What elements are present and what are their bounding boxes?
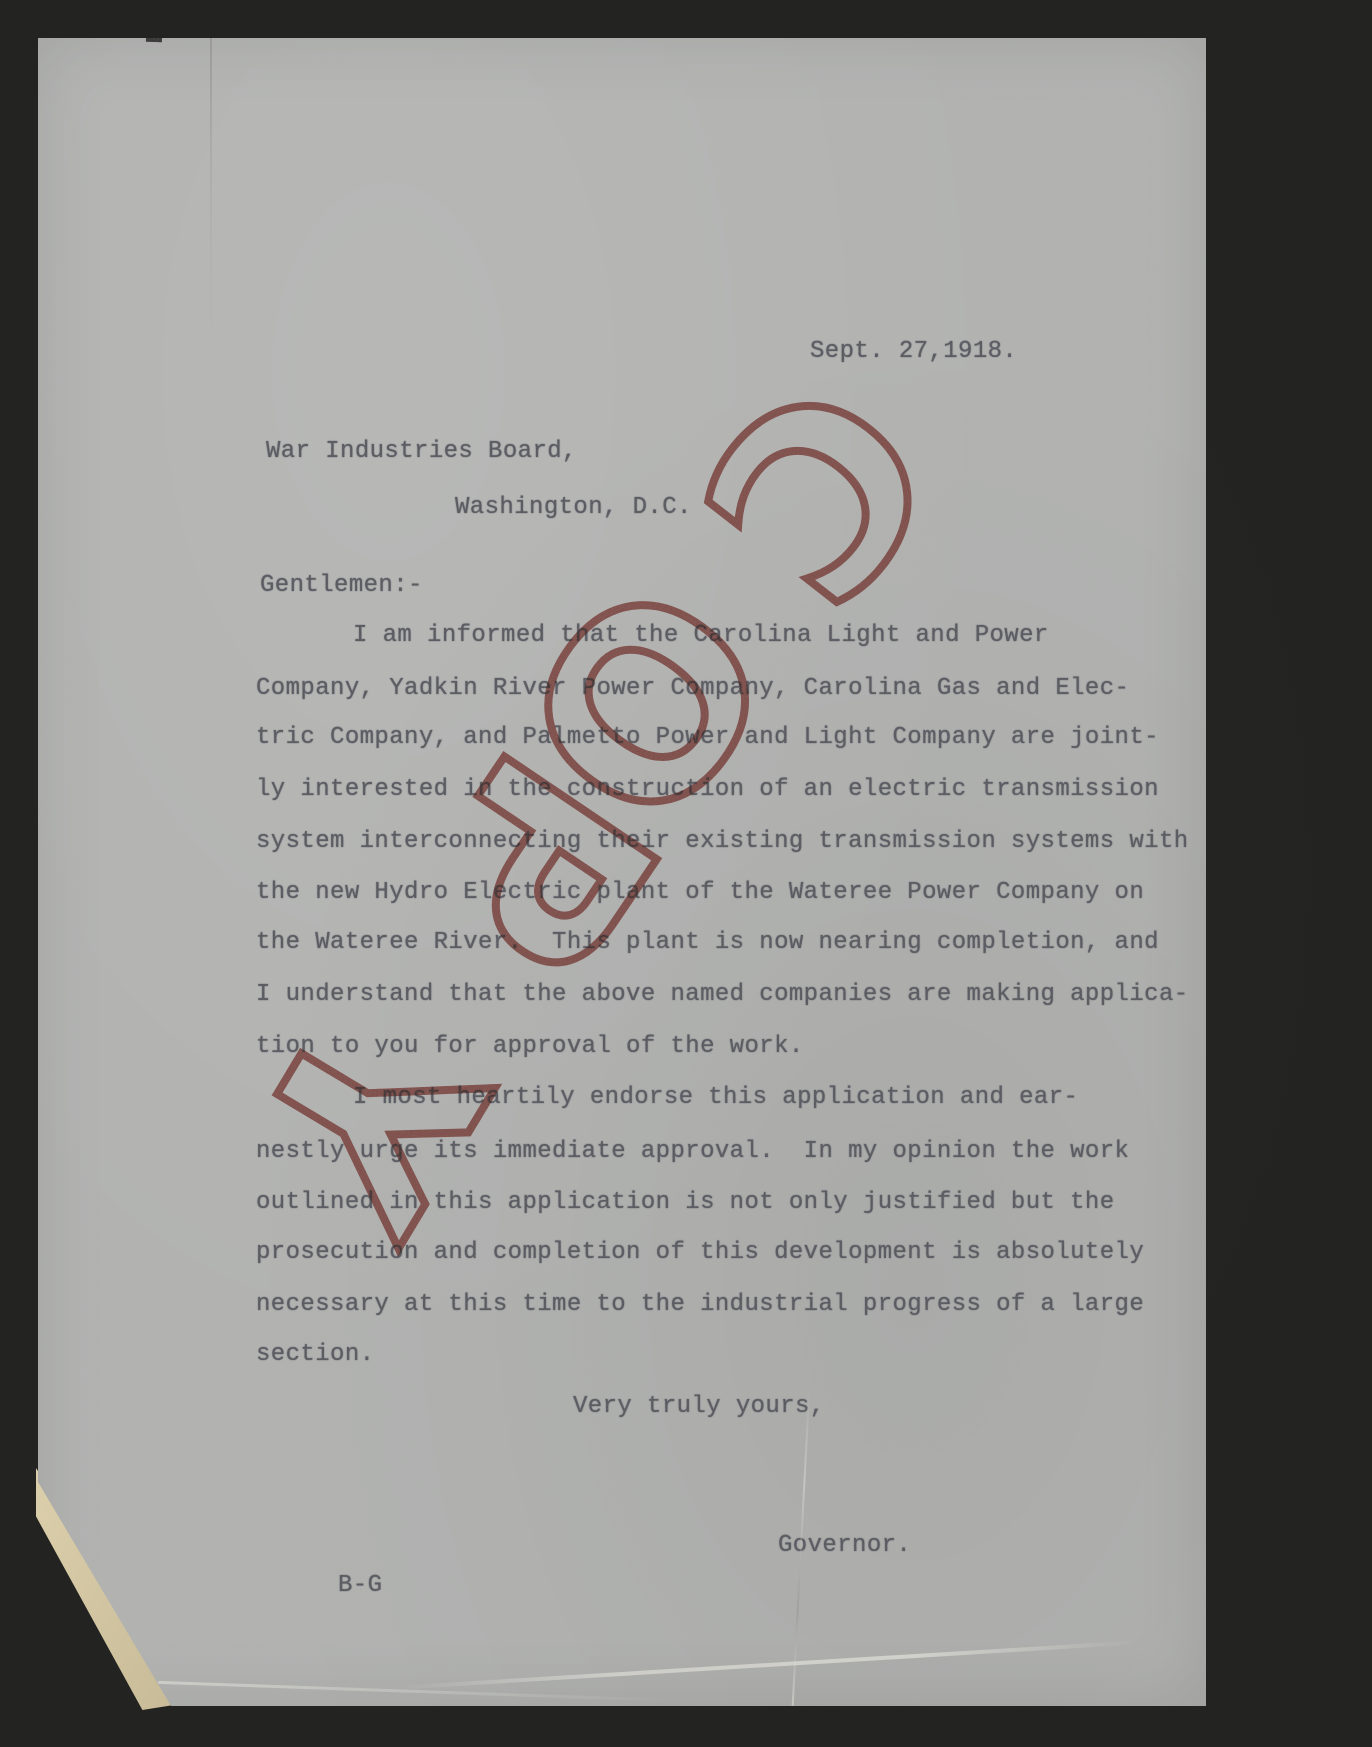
paper-edge-nick: [146, 36, 162, 43]
letter-paper: Sept. 27,1918. War Industries Board, Was…: [38, 38, 1206, 1706]
salutation: Gentlemen:-: [260, 572, 423, 599]
crease-vertical-top: [210, 38, 212, 358]
crease-diagonal-bottom: [399, 1640, 1138, 1689]
body-line: necessary at this time to the industrial…: [256, 1291, 1144, 1318]
body-line: I understand that the above named compan…: [256, 981, 1189, 1008]
body-line: the Wateree River. This plant is now nea…: [256, 929, 1159, 956]
signature-title: Governor.: [778, 1532, 911, 1559]
typist-initials: B-G: [338, 1572, 382, 1599]
recipient-city: Washington, D.C.: [455, 494, 692, 521]
scanned-letter-page: Sept. 27,1918. War Industries Board, Was…: [0, 0, 1372, 1747]
letter-date: Sept. 27,1918.: [810, 338, 1017, 365]
copy-stamp-letter-c: C: [659, 338, 971, 639]
crease-diagonal-bottom-left: [158, 1681, 678, 1702]
closing: Very truly yours,: [573, 1393, 825, 1420]
body-line: section.: [256, 1341, 374, 1368]
copy-stamp-letter-y: Y: [208, 975, 518, 1261]
body-line: prosecution and completion of this devel…: [256, 1239, 1144, 1266]
recipient-name: War Industries Board,: [266, 438, 577, 465]
